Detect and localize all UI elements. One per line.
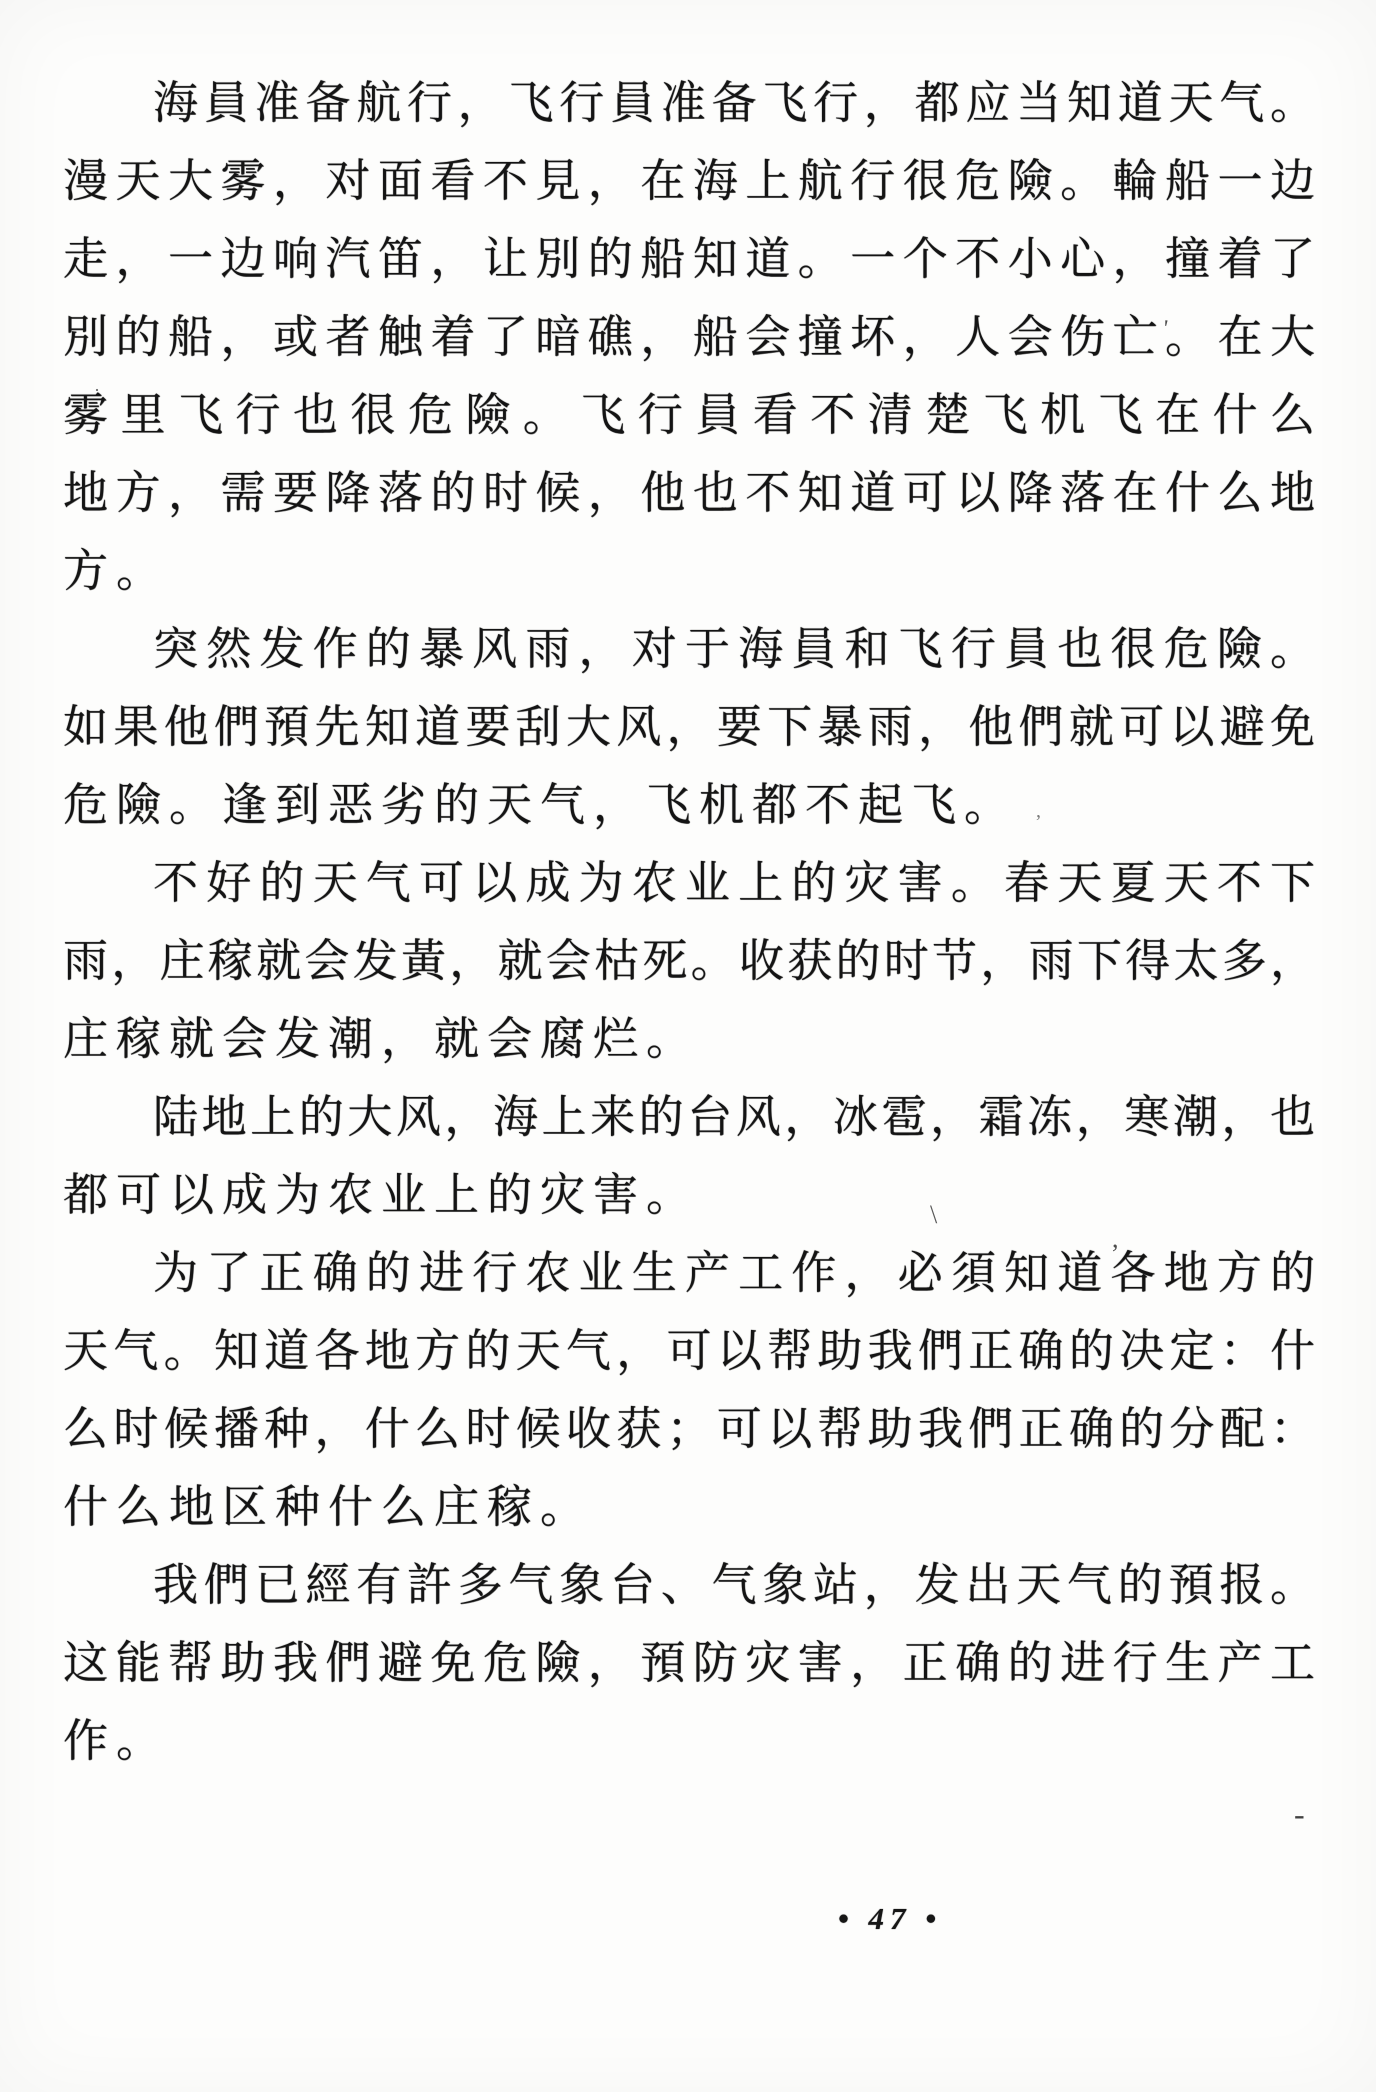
text-line: 这能帮助我們避免危險，預防灾害，正确的进行生产工	[63, 1624, 1315, 1702]
text-line: 如果他們預先知道要刮大风，要下暴雨，他們就可以避免	[63, 688, 1315, 766]
text-line: 都可以成为农业上的灾害。	[63, 1156, 1315, 1234]
text-line: 庄稼就会发潮，就会腐烂。	[63, 1000, 1315, 1078]
text-line: 別的船，或者触着了暗礁，船会撞坏，人会伤亡。在大	[63, 298, 1315, 376]
text-line: 天气。知道各地方的天气，可以帮助我們正确的决定：什	[63, 1312, 1315, 1390]
text-line: 么时候播种，什么时候收获；可以帮助我們正确的分配：	[63, 1390, 1315, 1468]
text-line: 我們已經有許多气象台、气象站，发出天气的預报。	[63, 1546, 1315, 1624]
text-line: 地方，需要降落的时候，他也不知道可以降落在什么地	[63, 454, 1315, 532]
page-number: • 47 •	[830, 1901, 950, 1937]
paragraph: 突然发作的暴风雨，对于海員和飞行員也很危險。如果他們預先知道要刮大风，要下暴雨，…	[63, 610, 1315, 844]
paragraph: 不好的天气可以成为农业上的灾害。春天夏天不下雨，庄稼就会发黃，就会枯死。收获的时…	[63, 844, 1315, 1078]
text-line: 陆地上的大风，海上来的台风，冰雹，霜冻，寒潮，也	[63, 1078, 1315, 1156]
scanned-page: 海員准备航行，飞行員准备飞行，都应当知道天气。漫天大雾，对面看不見，在海上航行很…	[0, 0, 1376, 2092]
scan-speck: -	[1294, 1796, 1305, 1833]
text-line: 不好的天气可以成为农业上的灾害。春天夏天不下	[63, 844, 1315, 922]
paragraph: 为了正确的进行农业生产工作，必須知道各地方的天气。知道各地方的天气，可以帮助我們…	[63, 1234, 1315, 1546]
text-line: 海員准备航行，飞行員准备飞行，都应当知道天气。	[63, 64, 1315, 142]
text-line: 危險。逢到恶劣的天气，飞机都不起飞。	[63, 766, 1315, 844]
body-text: 海員准备航行，飞行員准备飞行，都应当知道天气。漫天大雾，对面看不見，在海上航行很…	[63, 64, 1315, 1780]
text-line: 方。	[63, 532, 1315, 610]
paragraph: 海員准备航行，飞行員准备飞行，都应当知道天气。漫天大雾，对面看不見，在海上航行很…	[63, 64, 1315, 610]
paragraph: 我們已經有許多气象台、气象站，发出天气的預报。这能帮助我們避免危險，預防灾害，正…	[63, 1546, 1315, 1780]
text-line: 漫天大雾，对面看不見，在海上航行很危險。輪船一边	[63, 142, 1315, 220]
text-line: 什么地区种什么庄稼。	[63, 1468, 1315, 1546]
text-line: 突然发作的暴风雨，对于海員和飞行員也很危險。	[63, 610, 1315, 688]
text-line: 为了正确的进行农业生产工作，必須知道各地方的	[63, 1234, 1315, 1312]
text-line: 走，一边响汽笛，让別的船知道。一个不小心，撞着了	[63, 220, 1315, 298]
text-line: 作。	[63, 1702, 1315, 1780]
text-line: 雾里飞行也很危險。飞行員看不清楚飞机飞在什么	[63, 376, 1315, 454]
text-line: 雨，庄稼就会发黃，就会枯死。收获的时节，雨下得太多，	[63, 922, 1315, 1000]
paragraph: 陆地上的大风，海上来的台风，冰雹，霜冻，寒潮，也都可以成为农业上的灾害。	[63, 1078, 1315, 1234]
